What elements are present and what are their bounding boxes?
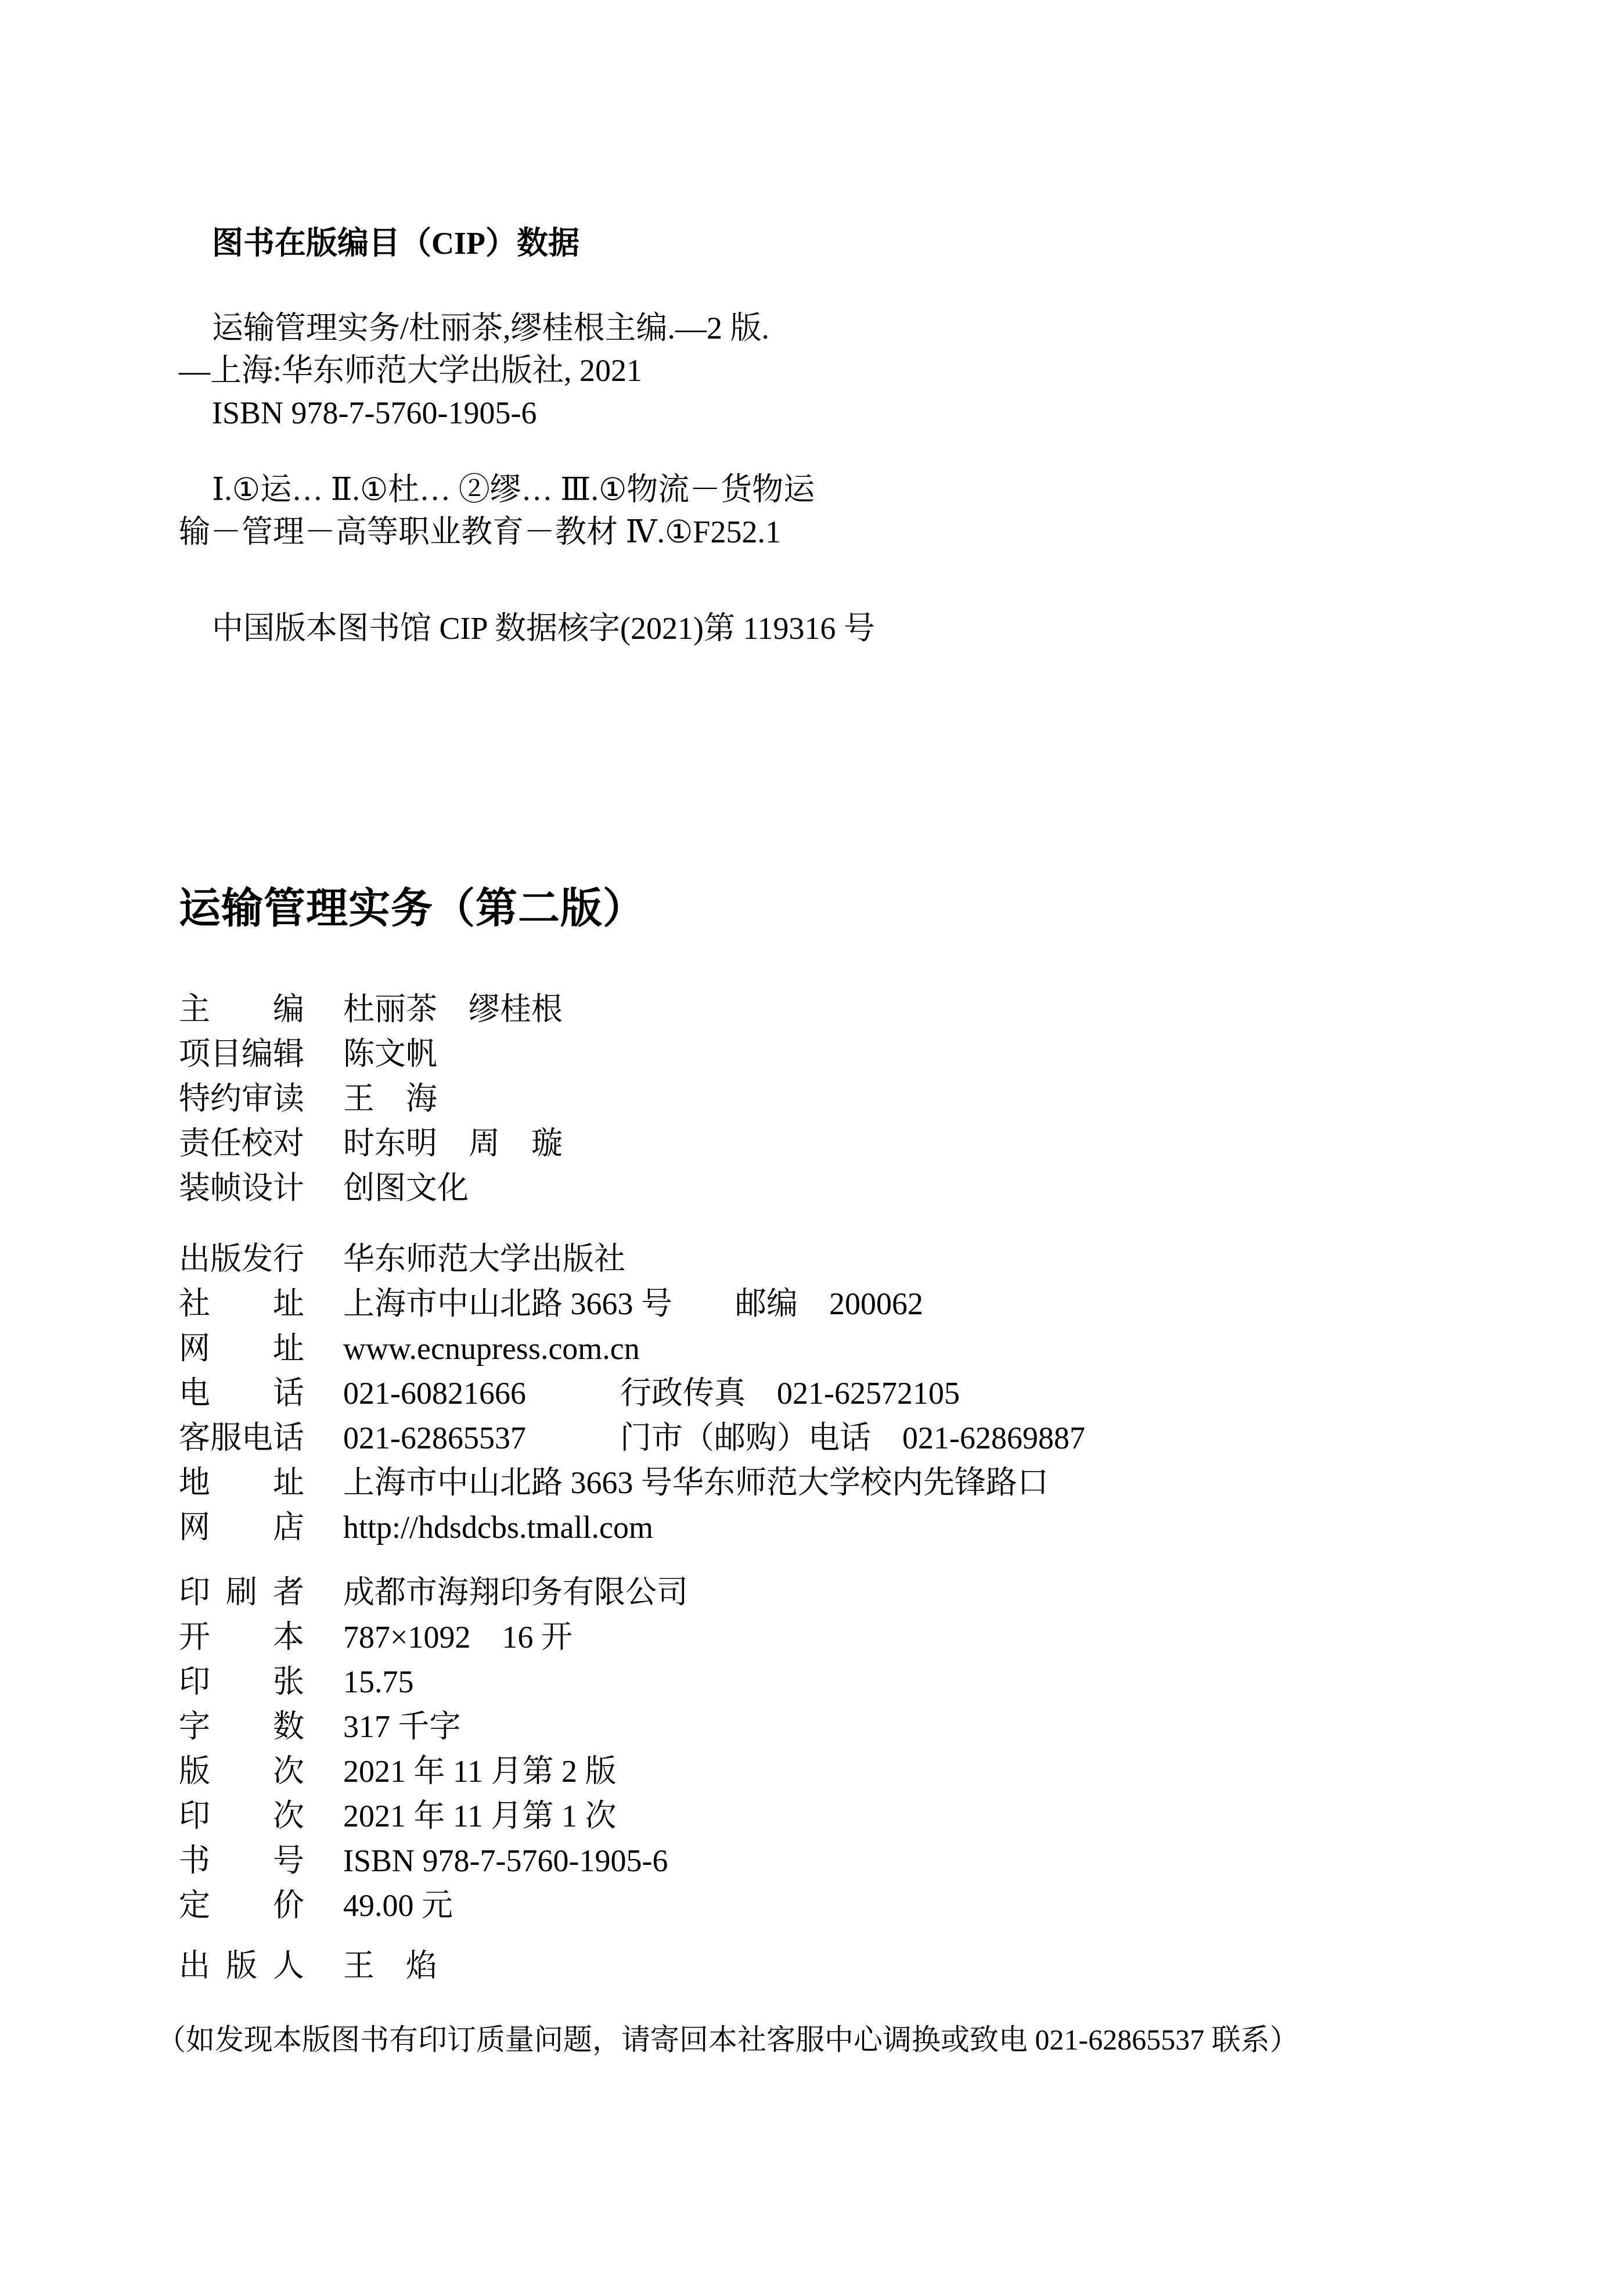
- row-value: 华东师范大学出版社: [343, 1237, 625, 1282]
- publishing-row: 电话 021-60821666 行政传真 021-62572105: [179, 1371, 1624, 1416]
- row-label: 书号: [179, 1839, 304, 1883]
- credit-row: 责任校对 时东明 周 璇: [179, 1121, 1624, 1166]
- row-label: 字数: [179, 1705, 304, 1749]
- printing-row: 版次 2021 年 11 月第 2 版: [179, 1749, 1624, 1794]
- printing-row: 印刷者 成都市海翔印务有限公司: [179, 1570, 1624, 1615]
- row-label: 印次: [179, 1794, 304, 1839]
- cip-header: 图书在版编目（CIP）数据: [212, 221, 1624, 266]
- row-value: 021-60821666 行政传真 021-62572105: [343, 1371, 960, 1416]
- printing-row: 定价 49.00 元: [179, 1883, 1624, 1928]
- printing-row: 开本 787×1092 16 开: [179, 1615, 1624, 1660]
- row-value: www.ecnupress.com.cn: [343, 1326, 640, 1371]
- row-label: 版次: [179, 1749, 304, 1794]
- row-label: 责任校对: [179, 1121, 304, 1166]
- row-value: 上海市中山北路 3663 号 邮编 200062: [343, 1282, 923, 1326]
- credit-row: 主编 杜丽茶 缪桂根: [179, 987, 1624, 1032]
- row-label: 网址: [179, 1326, 304, 1371]
- row-value: 2021 年 11 月第 1 次: [343, 1794, 617, 1839]
- publishing-row: 网店 http://hdsdcbs.tmall.com: [179, 1505, 1624, 1550]
- row-value: 创图文化: [343, 1166, 469, 1211]
- row-value: 王 焰: [343, 1944, 437, 1989]
- row-label: 开本: [179, 1615, 304, 1660]
- row-label: 出版发行: [179, 1237, 304, 1282]
- printing-row: 书号 ISBN 978-7-5760-1905-6: [179, 1839, 1624, 1883]
- row-value: ISBN 978-7-5760-1905-6: [343, 1839, 668, 1883]
- row-label: 主编: [179, 987, 304, 1032]
- printing-row: 印张 15.75: [179, 1660, 1624, 1705]
- publisher-row: 出版人 王 焰: [179, 1944, 1624, 1989]
- row-value: 49.00 元: [343, 1883, 453, 1928]
- row-label: 出版人: [179, 1944, 304, 1989]
- credit-row: 项目编辑 陈文帆: [179, 1032, 1624, 1077]
- book-title: 运输管理实务（第二版）: [179, 882, 1624, 934]
- copyright-page: 图书在版编目（CIP）数据 运输管理实务/杜丽茶,缪桂根主编.—2 版. —上海…: [0, 0, 1624, 2283]
- cip-section: 图书在版编目（CIP）数据 运输管理实务/杜丽茶,缪桂根主编.—2 版. —上海…: [179, 221, 1624, 650]
- row-value: 杜丽茶 缪桂根: [343, 987, 563, 1032]
- printing-row: 字数 317 千字: [179, 1705, 1624, 1749]
- row-value: 2021 年 11 月第 2 版: [343, 1749, 617, 1794]
- row-value: 成都市海翔印务有限公司: [343, 1570, 688, 1615]
- cip-record-number: 中国版本图书馆 CIP 数据核字(2021)第 119316 号: [179, 607, 1624, 650]
- row-value: 王 海: [343, 1077, 437, 1121]
- cip-classification: Ⅰ.①运… Ⅱ.①杜… ②缪… Ⅲ.①物流－货物运 输－管理－高等职业教育－教材…: [179, 469, 1624, 553]
- cip-isbn-line: ISBN 978-7-5760-1905-6: [179, 392, 1624, 434]
- publishing-row: 网址 www.ecnupress.com.cn: [179, 1326, 1624, 1371]
- publishing-row: 出版发行 华东师范大学出版社: [179, 1237, 1624, 1282]
- row-label: 定价: [179, 1883, 304, 1928]
- cip-classification-line: Ⅰ.①运… Ⅱ.①杜… ②缪… Ⅲ.①物流－货物运: [179, 469, 1624, 511]
- quality-note: （如发现本版图书有印订质量问题，请寄回本社客服中心调换或致电 021-62865…: [157, 2019, 1624, 2060]
- row-value: 上海市中山北路 3663 号华东师范大学校内先锋路口: [343, 1461, 1049, 1505]
- row-value: 021-62865537 门市（邮购）电话 021-62869887: [343, 1416, 1085, 1461]
- row-label: 客服电话: [179, 1416, 304, 1461]
- cip-description: 运输管理实务/杜丽茶,缪桂根主编.—2 版. —上海:华东师范大学出版社, 20…: [179, 307, 1624, 434]
- row-value: 317 千字: [343, 1705, 461, 1749]
- row-label: 社址: [179, 1282, 304, 1326]
- printing-row: 印次 2021 年 11 月第 1 次: [179, 1794, 1624, 1839]
- row-value: http://hdsdcbs.tmall.com: [343, 1505, 653, 1550]
- row-value: 787×1092 16 开: [343, 1615, 572, 1660]
- credit-row: 特约审读 王 海: [179, 1077, 1624, 1121]
- row-label: 特约审读: [179, 1077, 304, 1121]
- publishing-row: 客服电话 021-62865537 门市（邮购）电话 021-62869887: [179, 1416, 1624, 1461]
- row-label: 印张: [179, 1660, 304, 1705]
- cip-classification-line: 输－管理－高等职业教育－教材 Ⅳ.①F252.1: [179, 511, 1624, 553]
- publishing-row: 社址 上海市中山北路 3663 号 邮编 200062: [179, 1282, 1624, 1326]
- publisher-section: 出版人 王 焰: [179, 1944, 1624, 1989]
- printing-section: 印刷者 成都市海翔印务有限公司 开本 787×1092 16 开 印张 15.7…: [179, 1570, 1624, 1928]
- row-value: 15.75: [343, 1660, 414, 1705]
- row-value: 时东明 周 璇: [343, 1121, 563, 1166]
- publishing-section: 出版发行 华东师范大学出版社 社址 上海市中山北路 3663 号 邮编 2000…: [179, 1237, 1624, 1550]
- row-label: 地址: [179, 1461, 304, 1505]
- row-label: 项目编辑: [179, 1032, 304, 1077]
- credit-row: 装帧设计 创图文化: [179, 1166, 1624, 1211]
- row-label: 电话: [179, 1371, 304, 1416]
- row-label: 网店: [179, 1505, 304, 1550]
- cip-description-line: —上海:华东师范大学出版社, 2021: [179, 350, 1624, 392]
- credits-section: 主编 杜丽茶 缪桂根 项目编辑 陈文帆 特约审读 王 海 责任校对 时东明 周 …: [179, 987, 1624, 1211]
- publishing-row: 地址 上海市中山北路 3663 号华东师范大学校内先锋路口: [179, 1461, 1624, 1505]
- row-label: 装帧设计: [179, 1166, 304, 1211]
- row-label: 印刷者: [179, 1570, 304, 1615]
- row-value: 陈文帆: [343, 1032, 437, 1077]
- cip-description-line: 运输管理实务/杜丽茶,缪桂根主编.—2 版.: [179, 307, 1624, 350]
